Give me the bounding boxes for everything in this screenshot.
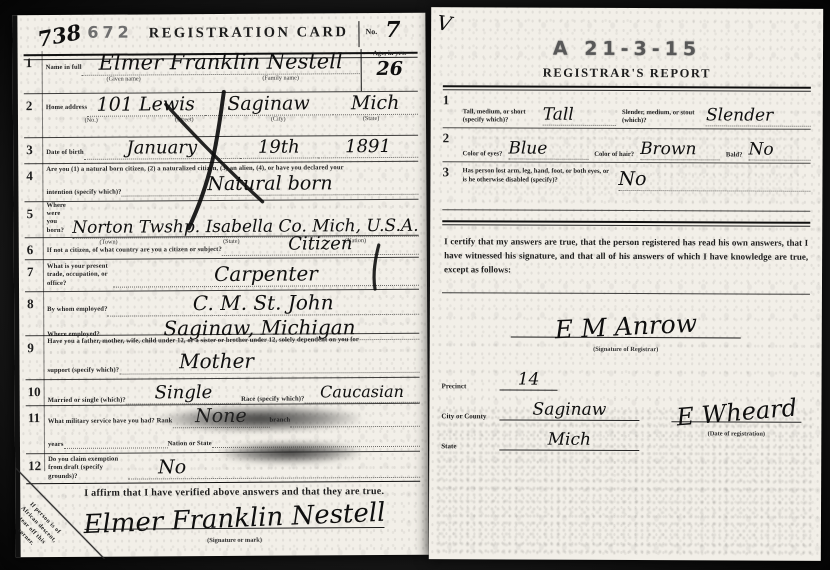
height-label: Tall, medium, or short (specify which)? [463,108,537,125]
serial-number-stamped: 672 [87,23,133,42]
row-eyes-hair: 2 Color of eyes? Blue Color of hair? Bro… [443,128,811,164]
row-number: 1 [26,55,33,71]
registrars-report-card: V A 21-3-15 REGISTRAR'S REPORT 1 Tall, m… [429,7,823,561]
row-number: 6 [27,242,34,258]
row-employer: 8 By whom employed? C. M. St. John Where… [25,289,419,335]
row-citizenship: 4 Are you (1) a natural born citizen, (2… [24,161,418,201]
row-disability: 3 Has person lost arm, leg, hand, foot, … [442,162,810,212]
dob-label: Date of birth [46,149,84,160]
not-citizen-label: If not a citizen, of what country are yo… [47,246,222,257]
family-name-sublabel: (Family name) [262,75,299,82]
name-label: Name in full [46,64,82,76]
state-sublabel: (State) [363,115,380,122]
african-descent-corner: If person is of African descent, tear of… [16,455,125,560]
row-not-citizen: 6 If not a citizen, of what country are … [25,235,419,259]
nation-state-label: Nation or State [168,440,212,449]
occupation-value: Carpenter [214,261,318,286]
registration-card-header: 738 672 REGISTRATION CARD No. 7 [23,19,417,51]
address-state: Mich [351,92,400,114]
city-sublabel: (City) [271,116,286,123]
dob-day: 19th [258,137,300,158]
age-value: 26 [376,58,403,80]
row-occupation: 7 What is your presenttrade, occupation,… [25,257,419,291]
state-label: State [441,442,499,450]
eyes-value: Blue [508,138,588,159]
certification-text: I certify that my answers are true, that… [442,235,810,278]
row-number: 8 [27,296,34,312]
military-label: What military service have you had? Rank [48,417,173,429]
check-mark: V [435,10,453,36]
card-number-box: No. 7 [358,21,417,47]
address-street: 101 Lewis [97,93,195,116]
dependents-value: Mother [179,349,254,373]
row-name: 1 Name in full Elmer Franklin Nestell (G… [24,49,418,93]
row-birthplace: 5 Where were you born? Norton Twshp. Isa… [24,199,418,237]
military-rank-value: None [195,405,247,427]
not-citizen-value: Citizen [288,233,352,254]
row-number: 3 [26,142,33,158]
card-title: REGISTRATION CARD [139,21,359,42]
home-address-label: Home address [46,104,87,117]
bald-value: No [748,140,810,161]
date-of-registration-signature: E Wheard [675,393,798,431]
section-rule [442,220,810,227]
card-number-label: No. [365,21,377,36]
married-value: Single [155,382,213,403]
blank-exception-line [442,291,810,295]
row-dependents: 9 Have you a father, mother, wife, child… [25,333,419,379]
dependents-label-line2: support (specify which)? [47,367,119,376]
location-block: Precinct 14 City or County Saginaw State… [441,369,809,452]
no-sublabel: (No.) [85,117,98,124]
city-value: Saginaw [519,399,621,419]
height-value: Tall [543,105,616,126]
dob-year: 1891 [345,136,391,157]
row-number: 10 [28,384,41,400]
row-home-address: 2 Home address 101 Lewis Saginaw Mich (N… [24,91,418,137]
hair-value: Brown [640,139,720,160]
build-label: Slender, medium, or stout (which)? [622,109,700,126]
employer-label: By whom employed? [47,305,107,317]
row-military-service: 11 What military service have you had? R… [26,403,420,453]
row-number: 2 [26,98,33,114]
occupation-label: What is your presenttrade, occupation, o… [47,263,113,288]
age-label: Age, in yrs. [362,50,418,59]
registrar-signature-caption: (Signature of Registrar) [593,346,658,353]
disability-label: Has person lost arm, leg, hand, foot, or… [462,165,612,185]
report-title: REGISTRAR'S REPORT [443,65,811,82]
age-box: Age, in yrs. 26 [361,49,418,91]
dob-month: January [126,137,197,158]
row-date-of-birth: 3 Date of birth January 19th 1891 [24,135,418,163]
disability-value: No [618,168,810,192]
race-value: Caucasian [320,382,404,402]
years-label: years [48,441,64,449]
row-number: 7 [27,264,34,280]
row-number: 1 [443,92,450,108]
corner-note: If person is of African descent, tear of… [16,481,81,559]
date-signature-caption: (Date of registration) [708,430,765,437]
signature-caption: (Signature or mark) [207,537,262,544]
build-value: Slender [706,105,811,126]
row-number: 5 [27,206,34,222]
card-number-value: 7 [385,17,400,43]
row-number: 2 [443,130,450,146]
city-label: City or County [441,412,499,420]
address-city: Saginaw [227,92,310,115]
registrar-signature-block: E M Anrow (Signature of Registrar) [442,311,810,357]
registrar-signature: E M Anrow [554,308,698,344]
street-sublabel: (Street) [175,116,194,123]
serial-number-handwritten: 738 [36,19,84,51]
board-stamp: A 21-3-15 [443,37,811,61]
exemption-value: No [158,456,186,478]
row-build: 1 Tall, medium, or short (specify which)… [443,90,811,130]
row-number: 3 [442,164,449,180]
branch-label: branch [269,416,290,427]
scan-background: 738 672 REGISTRATION CARD No. 7 1 Name i… [0,0,830,570]
birthplace-label: Where were you born? [46,202,72,239]
row-married-race: 10 Married or single (which)? Single Rac… [26,377,420,405]
row-number: 11 [28,410,40,426]
citizenship-label-line2: intention (specify which)? [46,189,121,198]
date-of-registration-block: E Wheard (Date of registration) [671,398,801,441]
eyes-label: Color of eyes? [463,151,503,160]
row-number: 4 [26,168,33,184]
precinct-row: Precinct 14 [442,369,810,392]
precinct-label: Precinct [442,382,500,390]
precinct-value: 14 [504,369,554,389]
given-name-sublabel: (Given name) [107,75,141,82]
registration-card: 738 672 REGISTRATION CARD No. 7 1 Name i… [12,13,428,558]
dependents-label-line1: Have you a father, mother, wife, child u… [47,334,419,347]
citizenship-value: Natural born [207,173,332,196]
state-value: Mich [534,429,605,449]
hair-label: Color of hair? [594,151,634,160]
bald-label: Bald? [726,152,743,161]
row-number: 9 [27,340,34,356]
employer-value: C. M. St. John [193,290,334,315]
name-value: Elmer Franklin Nestell [99,49,343,74]
